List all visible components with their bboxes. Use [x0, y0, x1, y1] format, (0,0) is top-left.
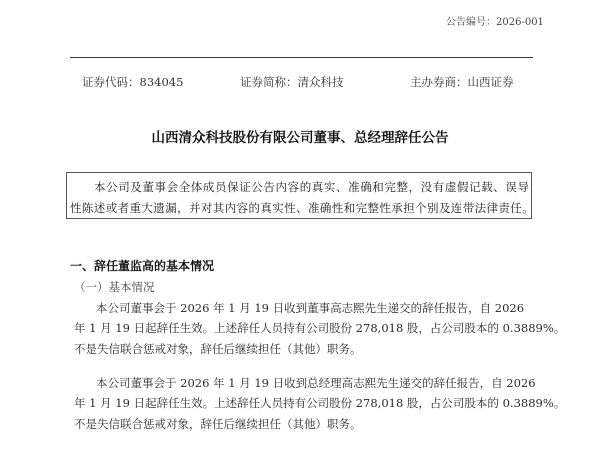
securities-short-name: 证券简称：清众科技 — [240, 74, 344, 90]
lead-broker: 主办券商：山西证券 — [410, 74, 514, 90]
paragraph-line: 年 1 月 19 日起辞任生效。上述辞任人员持有公司股份 278,018 股，占… — [74, 320, 565, 336]
notice-number: 公告编号：2026-001 — [446, 13, 544, 28]
securities-code: 证券代码：834045 — [82, 74, 183, 90]
securities-info-row: 证券代码：834045 证券简称：清众科技 主办券商：山西证券 — [0, 74, 600, 90]
header-divider — [70, 57, 533, 58]
paragraph-line: 不是失信联合惩戒对象，辞任后继续担任（其他）职务。 — [74, 341, 362, 357]
paragraph-line: 年 1 月 19 日起辞任生效。上述辞任人员持有公司股份 278,018 股，占… — [74, 395, 565, 411]
document-title: 山西清众科技股份有限公司董事、总经理辞任公告 — [0, 126, 600, 146]
subsection-heading: （一）基本情况 — [74, 279, 155, 295]
board-statement-box: 本公司及董事会全体成员保证公告内容的真实、准确和完整，没有虚假记载、误导 性陈述… — [66, 172, 532, 219]
section-heading: 一、辞任董监高的基本情况 — [70, 257, 214, 274]
statement-line-1: 本公司及董事会全体成员保证公告内容的真实、准确和完整，没有虚假记载、误导 — [94, 179, 530, 195]
paragraph-line: 本公司董事会于 2026 年 1 月 19 日收到总经理高志熙先生递交的辞任报告… — [96, 375, 536, 391]
paragraph-line: 本公司董事会于 2026 年 1 月 19 日收到董事高志熙先生递交的辞任报告，… — [96, 300, 524, 316]
paragraph-line: 不是失信联合惩戒对象，辞任后继续担任（其他）职务。 — [74, 416, 362, 432]
statement-line-2: 性陈述或者重大遗漏，并对其内容的真实性、准确性和完整性承担个别及连带法律责任。 — [70, 200, 534, 216]
